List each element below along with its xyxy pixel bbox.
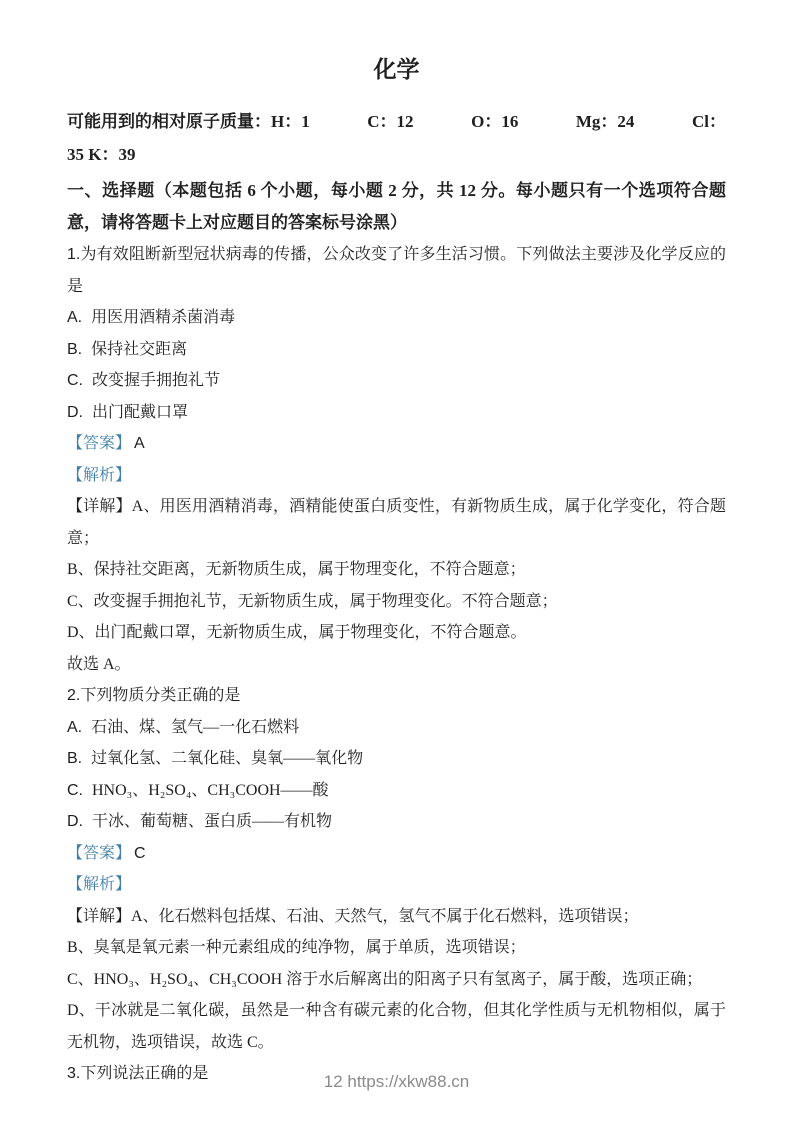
exam-paper-page: 化学 可能用到的相对原子质量：H：1 C：12 O：16 Mg：24 Cl： 3… — [0, 0, 793, 1122]
question-1-detail-3: C、改变握手拥抱礼节，无新物质生成，属于物理变化。不符合题意； — [67, 586, 726, 618]
option-text: 保持社交距离 — [91, 341, 187, 358]
atomic-mass-cl: Cl： — [692, 105, 726, 138]
question-2-option-a: A.石油、煤、氢气—一化石燃料 — [67, 712, 726, 744]
question-1-analysis: 【解析】 — [67, 460, 726, 492]
option-label: A. — [67, 719, 82, 736]
question-1-detail-2: B、保持社交距离，无新物质生成，属于物理变化，不符合题意； — [67, 554, 726, 586]
atomic-mass-mg: Mg：24 — [576, 105, 635, 138]
atomic-mass-line: 可能用到的相对原子质量：H：1 C：12 O：16 Mg：24 Cl： — [67, 105, 726, 138]
question-2-detail-2: B、臭氧是氧元素一种元素组成的纯净物，属于单质，选项错误； — [67, 932, 726, 964]
option-label: C. — [67, 372, 83, 389]
question-1-number: 1. — [67, 246, 80, 263]
analysis-tag: 【解析】 — [67, 467, 131, 484]
answer-tag: 【答案】 — [67, 435, 131, 452]
option-text: 过氧化氢、二氧化硅、臭氧——氧化物 — [91, 750, 363, 767]
page-content: 化学 可能用到的相对原子质量：H：1 C：12 O：16 Mg：24 Cl： 3… — [0, 0, 793, 1090]
option-text: 用医用酒精杀菌消毒 — [91, 309, 235, 326]
question-2-detail-3: C、HNO₃、H₂SO₄、CH₃COOH 溶于水后解离出的阳离子只有氢离子，属于… — [67, 964, 726, 996]
option-label: D. — [67, 404, 83, 421]
option-label: B. — [67, 750, 82, 767]
answer-tag: 【答案】 — [67, 845, 131, 862]
option-label: D. — [67, 813, 83, 830]
question-1-stem: 1.为有效阻断新型冠状病毒的传播，公众改变了许多生活习惯。下列做法主要涉及化学反… — [67, 239, 726, 302]
option-label: C. — [67, 782, 83, 799]
page-title: 化学 — [67, 55, 726, 85]
atomic-mass-c: C：12 — [367, 105, 413, 138]
answer-letter: A — [134, 435, 145, 452]
question-1-detail-1: 【详解】A、用医用酒精消毒，酒精能使蛋白质变性，有新物质生成，属于化学变化，符合… — [67, 491, 726, 554]
option-label: A. — [67, 309, 82, 326]
option-text: 干冰、葡萄糖、蛋白质——有机物 — [92, 813, 332, 830]
analysis-tag: 【解析】 — [67, 876, 131, 893]
question-1-stem-text: 为有效阻断新型冠状病毒的传播，公众改变了许多生活习惯。下列做法主要涉及化学反应的… — [67, 246, 726, 295]
option-text: 出门配戴口罩 — [92, 404, 188, 421]
question-2-option-c: C.HNO₃、H₂SO₄、CH₃COOH——酸 — [67, 775, 726, 807]
question-1-option-c: C.改变握手拥抱礼节 — [67, 365, 726, 397]
question-2-stem: 2.下列物质分类正确的是 — [67, 680, 726, 712]
option-text: 改变握手拥抱礼节 — [92, 372, 220, 389]
question-2-detail-4: D、干冰就是二氧化碳，虽然是一种含有碳元素的化合物，但其化学性质与无机物相似，属… — [67, 995, 726, 1058]
option-label: B. — [67, 341, 82, 358]
question-1-option-a: A.用医用酒精杀菌消毒 — [67, 302, 726, 334]
section-heading: 一、选择题（本题包括 6 个小题，每小题 2 分，共 12 分。每小题只有一个选… — [67, 175, 726, 239]
question-1-option-d: D.出门配戴口罩 — [67, 397, 726, 429]
question-1-answer: 【答案】A — [67, 428, 726, 460]
page-footer: 12 https://xkw88.cn — [0, 1072, 793, 1092]
question-2-stem-text: 下列物质分类正确的是 — [80, 687, 240, 704]
atomic-mass-o: O：16 — [471, 105, 518, 138]
option-text: 石油、煤、氢气—一化石燃料 — [91, 719, 299, 736]
question-1-conclusion: 故选 A。 — [67, 649, 726, 681]
atomic-mass-prefix: 可能用到的相对原子质量：H：1 — [67, 105, 310, 138]
question-2-option-b: B.过氧化氢、二氧化硅、臭氧——氧化物 — [67, 743, 726, 775]
question-2-number: 2. — [67, 687, 80, 704]
question-2-detail-1: 【详解】A、化石燃料包括煤、石油、天然气，氢气不属于化石燃料，选项错误； — [67, 901, 726, 933]
answer-letter: C — [134, 845, 146, 862]
option-text: HNO₃、H₂SO₄、CH₃COOH——酸 — [92, 782, 329, 799]
atomic-mass-line2: 35 K：39 — [67, 138, 726, 171]
question-2-analysis: 【解析】 — [67, 869, 726, 901]
question-2-answer: 【答案】C — [67, 838, 726, 870]
question-2-option-d: D.干冰、葡萄糖、蛋白质——有机物 — [67, 806, 726, 838]
question-1-detail-4: D、出门配戴口罩，无新物质生成，属于物理变化，不符合题意。 — [67, 617, 726, 649]
question-1-option-b: B.保持社交距离 — [67, 334, 726, 366]
